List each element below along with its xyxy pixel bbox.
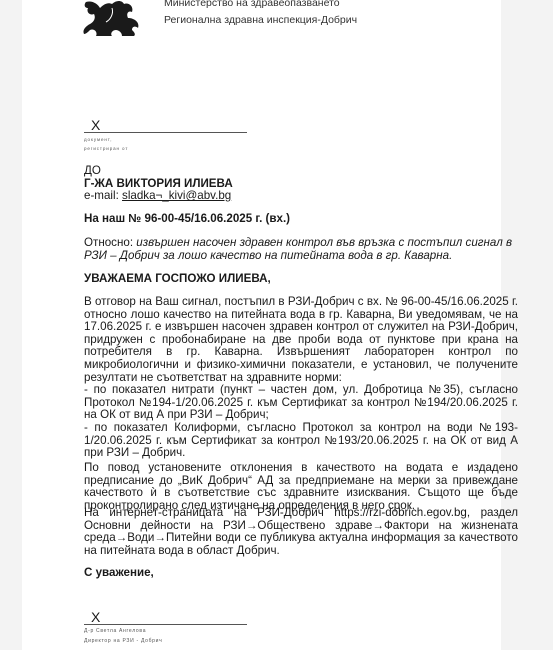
ministry-name: Министерство на здравеопазването	[164, 0, 357, 12]
organization-header: Министерство на здравеопазването Региона…	[164, 0, 357, 29]
signature-caption: документ,	[84, 137, 247, 143]
director-name: Д-р Светла Ангелова	[84, 628, 247, 635]
body-paragraph-3: На интернет-страницата на РЗИ-Добрич htt…	[84, 507, 518, 557]
subject-text: извършен насочен здравен контрол във връ…	[84, 236, 512, 262]
lion-coat-of-arms-icon	[82, 0, 142, 36]
email-link[interactable]: sladka¬_kivi@abv.bg	[122, 189, 231, 202]
signature-mark[interactable]: X	[84, 118, 247, 132]
body-paragraph-1: В отговор на Ваш сигнал, постъпил в РЗИ-…	[84, 296, 518, 384]
subject-line: Относно: извършен насочен здравен контро…	[84, 237, 518, 262]
signature-mark[interactable]: X	[84, 610, 247, 624]
registration-signature: X документ, регистриран от	[84, 118, 247, 152]
reference-number: На наш № 96-00-45/16.06.2025 г. (вх.)	[84, 213, 518, 226]
recipient-email-row: e-mail: sladka¬_kivi@abv.bg	[84, 190, 384, 203]
subject-label: Относно:	[84, 236, 133, 249]
closing: С уважение,	[84, 567, 284, 580]
body-paragraph-2: По повод установените отклонения в качес…	[84, 462, 518, 512]
recipient-block: ДО Г-ЖА ВИКТОРИЯ ИЛИЕВА e-mail: sladka¬_…	[84, 165, 384, 203]
signature-line	[84, 132, 247, 133]
body-bullet-2: - по показател Колиформи, съгласно Прото…	[84, 422, 518, 460]
director-title: Директор на РЗИ - Добрич	[84, 638, 247, 645]
signature-line	[84, 624, 247, 625]
to-label: ДО	[84, 165, 384, 178]
salutation: УВАЖАЕМА ГОСПОЖО ИЛИЕВА,	[84, 273, 518, 286]
email-label: e-mail:	[84, 189, 122, 202]
inspection-name: Регионална здравна инспекция-Добрич	[164, 12, 357, 29]
signature-caption: регистриран от	[84, 146, 247, 152]
director-signature: X Д-р Светла Ангелова Директор на РЗИ - …	[84, 610, 247, 645]
body-bullet-1: - по показател нитрати (пункт – частен д…	[84, 384, 518, 422]
